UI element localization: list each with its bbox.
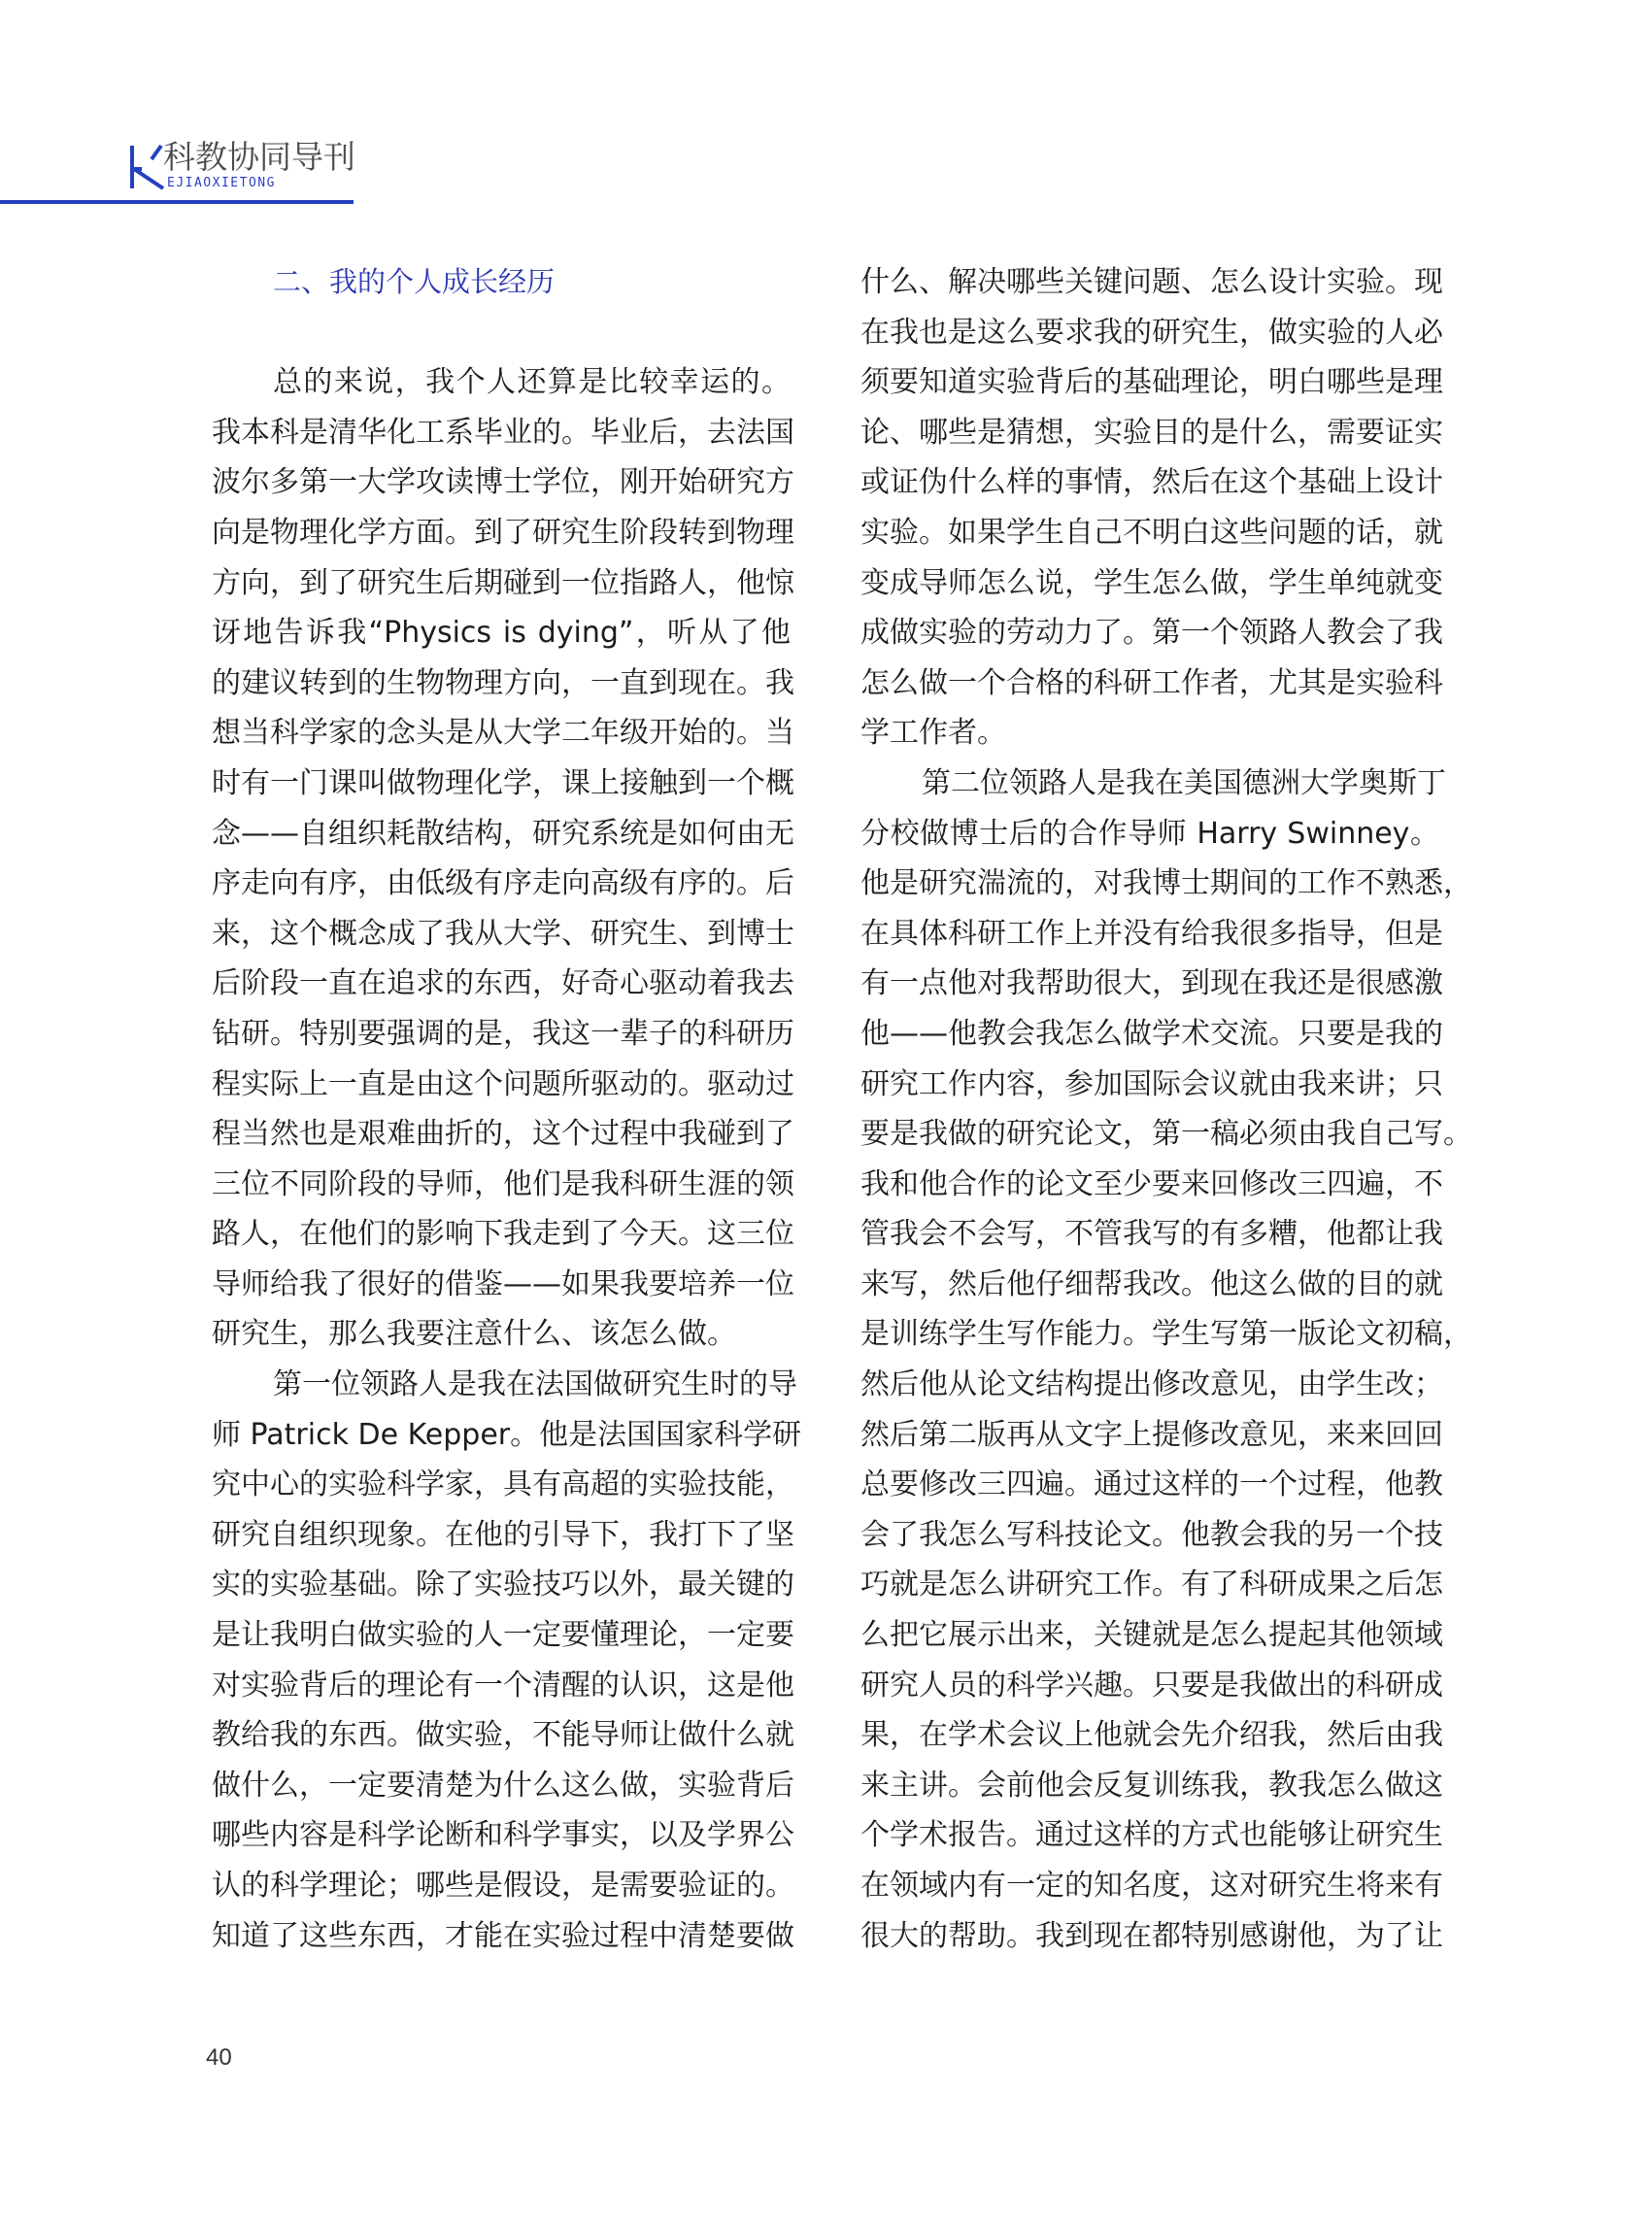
text-line: 么把它展示出来，关键就是怎么提起其他领域 bbox=[860, 1610, 1439, 1661]
text-line: 论、哪些是猜想，实验目的是什么，需要证实 bbox=[860, 408, 1439, 458]
text-line: 有一点他对我帮助很大，到现在我还是很感激 bbox=[860, 959, 1439, 1009]
text-line: 知道了这些东西，才能在实验过程中清楚要做 bbox=[212, 1911, 791, 1962]
right-column: 什么、解决哪些关键问题、怎么设计实验。现在我也是这么要求我的研究生，做实验的人必… bbox=[860, 257, 1439, 1961]
text-line: 管我会不会写，不管我写的有多糟，他都让我 bbox=[860, 1209, 1439, 1260]
text-line: 是训练学生写作能力。学生写第一版论文初稿， bbox=[860, 1309, 1439, 1360]
text-line: 来，这个概念成了我从大学、研究生、到博士 bbox=[212, 909, 791, 960]
text-line: 要是我做的研究论文，第一稿必须由我自己写。 bbox=[860, 1109, 1439, 1160]
text-line: 我本科是清华化工系毕业的。毕业后，去法国 bbox=[212, 408, 791, 458]
text-line: 教给我的东西。做实验，不能导师让做什么就 bbox=[212, 1710, 791, 1761]
text-line: 波尔多第一大学攻读博士学位，刚开始研究方 bbox=[212, 457, 791, 508]
text-line: 究中心的实验科学家，具有高超的实验技能， bbox=[212, 1460, 791, 1510]
text-line: 第二位领路人是我在美国德洲大学奥斯丁 bbox=[860, 759, 1439, 809]
masthead: 科教协同导刊 EJIAOXIETONG bbox=[0, 0, 1652, 223]
text-line: 总要修改三四遍。通过这样的一个过程，他教 bbox=[860, 1460, 1439, 1510]
text-line: 路人，在他们的影响下我走到了今天。这三位 bbox=[212, 1209, 791, 1260]
text-line: 做什么，一定要清楚为什么这么做，实验背后 bbox=[212, 1761, 791, 1811]
text-line: 来主讲。会前他会反复训练我，教我怎么做这 bbox=[860, 1761, 1439, 1811]
text-line: 第一位领路人是我在法国做研究生时的导 bbox=[212, 1360, 791, 1410]
text-line: 研究工作内容，参加国际会议就由我来讲；只 bbox=[860, 1060, 1439, 1110]
paragraph: 总的来说，我个人还算是比较幸运的。我本科是清华化工系毕业的。毕业后，去法国波尔多… bbox=[212, 357, 791, 1360]
text-line: 分校做博士后的合作导师 Harry Swinney。 bbox=[860, 809, 1439, 860]
text-line: 须要知道实验背后的基础理论，明白哪些是理 bbox=[860, 357, 1439, 408]
text-line: 成做实验的劳动力了。第一个领路人教会了我 bbox=[860, 608, 1439, 658]
text-line: 他是研究湍流的，对我博士期间的工作不熟悉， bbox=[860, 859, 1439, 909]
text-line: 念——自组织耗散结构，研究系统是如何由无 bbox=[212, 809, 791, 860]
text-line: 程实际上一直是由这个问题所驱动的。驱动过 bbox=[212, 1060, 791, 1110]
text-line: 果，在学术会议上他就会先介绍我，然后由我 bbox=[860, 1710, 1439, 1761]
text-line: 方向，到了研究生后期碰到一位指路人，他惊 bbox=[212, 558, 791, 609]
text-line: 对实验背后的理论有一个清醒的认识，这是他 bbox=[212, 1661, 791, 1711]
text-line: 在具体科研工作上并没有给我很多指导，但是 bbox=[860, 909, 1439, 960]
text-line: 实的实验基础。除了实验技巧以外，最关键的 bbox=[212, 1560, 791, 1610]
text-line: 导师给我了很好的借鉴——如果我要培养一位 bbox=[212, 1260, 791, 1310]
header-divider bbox=[0, 200, 354, 204]
text-line: 哪些内容是科学论断和科学事实，以及学界公 bbox=[212, 1810, 791, 1861]
text-line: 时有一门课叫做物理化学，课上接触到一个概 bbox=[212, 759, 791, 809]
text-line: 什么、解决哪些关键问题、怎么设计实验。现 bbox=[860, 257, 1439, 308]
section-heading: 二、我的个人成长经历 bbox=[212, 257, 791, 308]
text-line: 三位不同阶段的导师，他们是我科研生涯的领 bbox=[212, 1160, 791, 1210]
text-line: 研究生，那么我要注意什么、该怎么做。 bbox=[212, 1309, 791, 1360]
text-line: 然后第二版再从文字上提修改意见，来来回回 bbox=[860, 1410, 1439, 1461]
heading-spacer bbox=[212, 308, 791, 358]
text-line: 我和他合作的论文至少要来回修改三四遍，不 bbox=[860, 1160, 1439, 1210]
text-line: 想当科学家的念头是从大学二年级开始的。当 bbox=[212, 708, 791, 759]
text-line: 个学术报告。通过这样的方式也能够让研究生 bbox=[860, 1810, 1439, 1861]
text-line: 的建议转到的生物物理方向，一直到现在。我 bbox=[212, 658, 791, 709]
text-line: 学工作者。 bbox=[860, 708, 1439, 759]
text-line: 很大的帮助。我到现在都特别感谢他，为了让 bbox=[860, 1911, 1439, 1962]
text-line: 程当然也是艰难曲折的，这个过程中我碰到了 bbox=[212, 1109, 791, 1160]
text-line: 会了我怎么写科技论文。他教会我的另一个技 bbox=[860, 1510, 1439, 1561]
journal-subtitle: EJIAOXIETONG bbox=[167, 176, 276, 190]
text-line: 然后他从论文结构提出修改意见，由学生改； bbox=[860, 1360, 1439, 1410]
page-number: 40 bbox=[206, 2043, 232, 2073]
text-line: 研究人员的科学兴趣。只要是我做出的科研成 bbox=[860, 1661, 1439, 1711]
text-line: 是让我明白做实验的人一定要懂理论，一定要 bbox=[212, 1610, 791, 1661]
text-line: 师 Patrick De Kepper。他是法国国家科学研 bbox=[212, 1410, 791, 1461]
text-line: 在我也是这么要求我的研究生，做实验的人必 bbox=[860, 308, 1439, 358]
text-line: 来写，然后他仔细帮我改。他这么做的目的就 bbox=[860, 1260, 1439, 1310]
text-line: 讶地告诉我“Physics is dying”，听从了他 bbox=[212, 608, 791, 658]
text-line: 怎么做一个合格的科研工作者，尤其是实验科 bbox=[860, 658, 1439, 709]
text-line: 在领域内有一定的知名度，这对研究生将来有 bbox=[860, 1861, 1439, 1911]
text-line: 变成导师怎么说，学生怎么做，学生单纯就变 bbox=[860, 558, 1439, 609]
text-line: 实验。如果学生自己不明白这些问题的话，就 bbox=[860, 508, 1439, 558]
left-column: 二、我的个人成长经历 总的来说，我个人还算是比较幸运的。我本科是清华化工系毕业的… bbox=[212, 257, 791, 1961]
text-line: 向是物理化学方面。到了研究生阶段转到物理 bbox=[212, 508, 791, 558]
paragraph: 什么、解决哪些关键问题、怎么设计实验。现在我也是这么要求我的研究生，做实验的人必… bbox=[860, 257, 1439, 759]
paragraph: 第一位领路人是我在法国做研究生时的导师 Patrick De Kepper。他是… bbox=[212, 1360, 791, 1961]
text-line: 后阶段一直在追求的东西，好奇心驱动着我去 bbox=[212, 959, 791, 1009]
text-line: 巧就是怎么讲研究工作。有了科研成果之后怎 bbox=[860, 1560, 1439, 1610]
journal-title: 科教协同导刊 bbox=[163, 138, 355, 177]
text-line: 序走向有序，由低级有序走向高级有序的。后 bbox=[212, 859, 791, 909]
text-line: 钻研。特别要强调的是，我这一辈子的科研历 bbox=[212, 1009, 791, 1060]
text-line: 认的科学理论；哪些是假设，是需要验证的。 bbox=[212, 1861, 791, 1911]
paragraph: 第二位领路人是我在美国德洲大学奥斯丁分校做博士后的合作导师 Harry Swin… bbox=[860, 759, 1439, 1961]
text-line: 总的来说，我个人还算是比较幸运的。 bbox=[212, 357, 791, 408]
text-line: 或证伪什么样的事情，然后在这个基础上设计 bbox=[860, 457, 1439, 508]
text-line: 他——他教会我怎么做学术交流。只要是我的 bbox=[860, 1009, 1439, 1060]
journal-logo-k-icon bbox=[128, 144, 167, 190]
text-line: 研究自组织现象。在他的引导下，我打下了坚 bbox=[212, 1510, 791, 1561]
